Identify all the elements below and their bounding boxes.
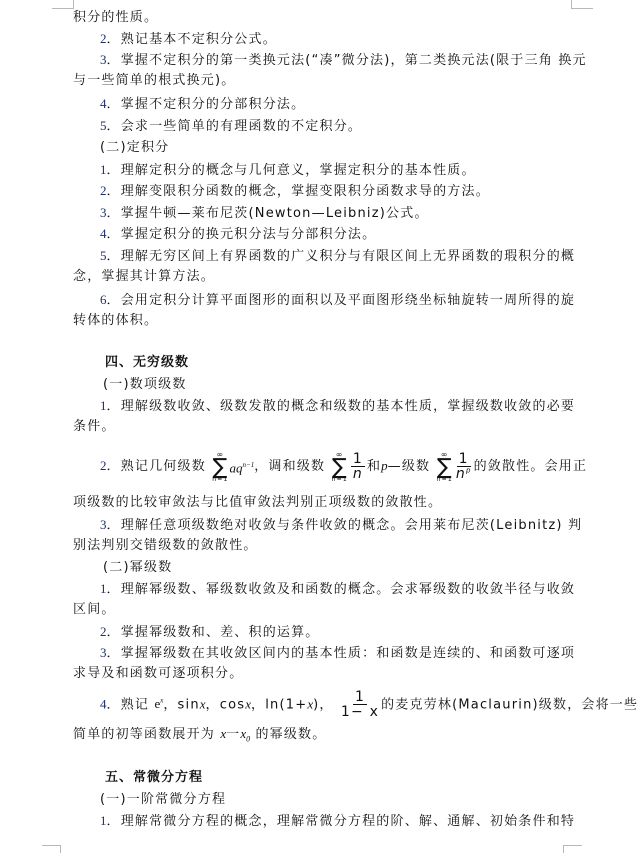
list-item: 3．掌握不定积分的第一类换元法(“凑”微分法)，第二类换元法(限于三角 换元 [100, 52, 587, 69]
corner-mark-top-left [52, 0, 74, 9]
text-line: 项级数的比较审敛法与比值审敛法判别正项级数的敛散性。 [73, 495, 442, 511]
summation: ∞∑n=1 [437, 451, 453, 483]
list-item: 1．理解幂级数、幂级数收敛及和函数的概念。会求幂级数的收敛半径与收敛 [100, 581, 575, 598]
list-item: 1．理解常微分方程的概念，理解常微分方程的阶、解、通解、初始条件和特 [100, 813, 575, 830]
text-line: 求导及和函数可逐项积分。 [73, 666, 243, 682]
list-item: 6．会用定积分计算平面图形的面积以及平面图形绕坐标轴旋转一周所得的旋 [100, 292, 575, 309]
subsection-heading: (二)幂级数 [103, 560, 172, 576]
text-line: 别法判别交错级数的敛散性。 [73, 538, 258, 554]
list-item: 3．理解任意项级数绝对收敛与条件收敛的概念。会用莱布尼茨(Leibnitz) 判 [100, 517, 582, 534]
subsection-heading: (一)数项级数 [103, 377, 187, 393]
list-item: 1．理解级数收敛、级数发散的概念和级数的基本性质，掌握级数收敛的必要 [100, 398, 575, 415]
summation: ∞∑n=1 [212, 451, 228, 483]
section-heading: 五、常微分方程 [105, 770, 203, 786]
list-item: 3．掌握幂级数在其收敛区间内的基本性质：和函数是连续的、和函数可逐项 [100, 645, 575, 662]
list-item-with-formulas: 2．熟记几何级数 ∞∑n=1aqn−1，调和级数 ∞∑n=11n和p—级数 ∞∑… [100, 450, 587, 483]
subsection-heading: (二)定积分 [100, 140, 169, 156]
text-line: 积分的性质。 [73, 10, 158, 26]
list-item: 2．掌握幂级数和、差、积的运算。 [100, 624, 320, 641]
corner-mark-top-right [571, 0, 593, 9]
corner-mark-bottom-right [563, 845, 582, 853]
list-item: 5．会求一些简单的有理函数的不定积分。 [100, 118, 362, 135]
list-item: 3．掌握牛顿—莱布尼茨(Newton—Leibniz)公式。 [100, 205, 429, 222]
list-item: 1．理解定积分的概念与几何意义，掌握定积分的基本性质。 [100, 162, 476, 179]
fraction: 11− x [341, 690, 379, 719]
corner-mark-bottom-left [42, 845, 61, 853]
subsection-heading: (一)一阶常微分方程 [100, 792, 226, 808]
list-item: 4．掌握不定积分的分部积分法。 [100, 96, 305, 113]
fraction: 1np [456, 452, 472, 481]
text-line: 与一些简单的根式换元)。 [73, 73, 235, 89]
text-line: 区间。 [73, 602, 116, 618]
summation: ∞∑n=1 [332, 451, 348, 483]
text-line: 转体的体积。 [73, 313, 158, 329]
text-line: 念，掌握其计算方法。 [73, 269, 215, 285]
text-line: 简单的初等函数展开为 x一x0 的幂级数。 [73, 726, 326, 748]
list-item-with-formulas: 4．熟记 ex，sinx，cosx，ln(1+x)， 11− x的麦克劳林(Ma… [100, 688, 638, 719]
section-heading: 四、无穷级数 [105, 355, 189, 371]
list-item: 4．掌握定积分的换元积分法与分部积分法。 [100, 226, 376, 243]
text-line: 条件。 [73, 419, 116, 435]
list-item: 2．理解变限积分函数的概念，掌握变限积分函数求导的方法。 [100, 183, 490, 200]
geometric-term: aqn−1 [230, 450, 255, 483]
list-item: 2．熟记基本不定积分公式。 [100, 31, 277, 48]
fraction: 1n [351, 452, 365, 481]
list-item: 5．理解无穷区间上有界函数的广义积分与有限区间上无界函数的瑕积分的概 [100, 248, 575, 265]
